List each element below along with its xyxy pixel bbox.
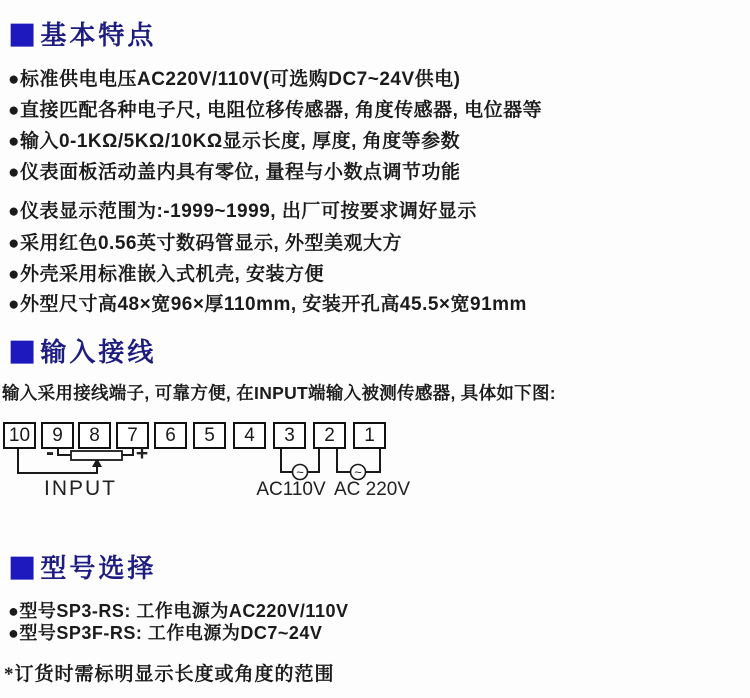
plus-label: + <box>134 444 150 464</box>
feature-item: ●标准供电电压AC220V/110V(可选购DC7~24V供电) <box>8 64 460 91</box>
feature-item: ●仪表面板活动盖内具有零位, 量程与小数点调节功能 <box>8 157 461 184</box>
terminal-box-5: 5 <box>193 422 226 449</box>
ac-tilde-glyph: ~ <box>296 465 304 480</box>
section-header-wiring: ■ 输入接线 <box>8 332 156 369</box>
ac-tilde-glyph: ~ <box>354 465 362 480</box>
feature-item: ●输入0-1KΩ/5KΩ/10KΩ显示长度, 厚度, 角度等参数 <box>8 126 460 153</box>
wire-terminal9-to-pot <box>58 448 71 455</box>
terminal-box-4: 4 <box>233 422 266 449</box>
terminal-box-6: 6 <box>154 422 187 449</box>
blue-square-icon: ■ <box>8 341 36 361</box>
order-note: *订货时需标明显示长度或角度的范围 <box>4 659 335 686</box>
blue-square-icon: ■ <box>8 557 36 577</box>
input-label: INPUT <box>38 477 123 501</box>
section-header-models: ■ 型号选择 <box>8 548 156 585</box>
blue-square-icon: ■ <box>8 24 36 44</box>
section-title-models: 型号选择 <box>40 548 156 585</box>
terminal-box-10: 10 <box>3 422 36 449</box>
terminal-box-2: 2 <box>313 422 346 449</box>
terminal-box-8: 8 <box>78 422 111 449</box>
section-title-wiring: 输入接线 <box>40 332 156 369</box>
potentiometer-body <box>71 451 122 460</box>
terminal-box-1: 1 <box>353 422 386 449</box>
section-title-features: 基本特点 <box>40 15 156 52</box>
terminal-box-3: 3 <box>273 422 306 449</box>
wiring-intro-text: 输入采用接线端子, 可靠方便, 在INPUT端输入被测传感器, 具体如下图: <box>2 380 556 405</box>
feature-item: ●外壳采用标准嵌入式机壳, 安装方便 <box>8 259 324 286</box>
product-spec-document: ■ 基本特点 ●标准供电电压AC220V/110V(可选购DC7~24V供电) … <box>0 0 750 698</box>
feature-item: ●采用红色0.56英寸数码管显示, 外型美观大方 <box>8 228 402 255</box>
feature-item: ●仪表显示范围为:-1999~1999, 出厂可按要求调好显示 <box>8 196 477 223</box>
model-item: ●型号SP3F-RS: 工作电源为DC7~24V <box>8 619 322 645</box>
feature-item: ●外型尺寸高48×宽96×厚110mm, 安装开孔高45.5×宽91mm <box>8 289 527 316</box>
section-header-features: ■ 基本特点 <box>8 15 156 52</box>
ac110-label: AC110V <box>252 479 330 501</box>
wire-terminal7-to-pot <box>122 448 133 455</box>
wiring-diagram: ~ ~ 10 9 8 7 6 5 4 3 2 1 - + INPUT AC110… <box>0 415 750 515</box>
feature-item: ●直接匹配各种电子尺, 电阻位移传感器, 角度传感器, 电位器等 <box>8 95 542 122</box>
minus-label: - <box>43 443 57 463</box>
ac220-label: AC 220V <box>330 479 414 501</box>
